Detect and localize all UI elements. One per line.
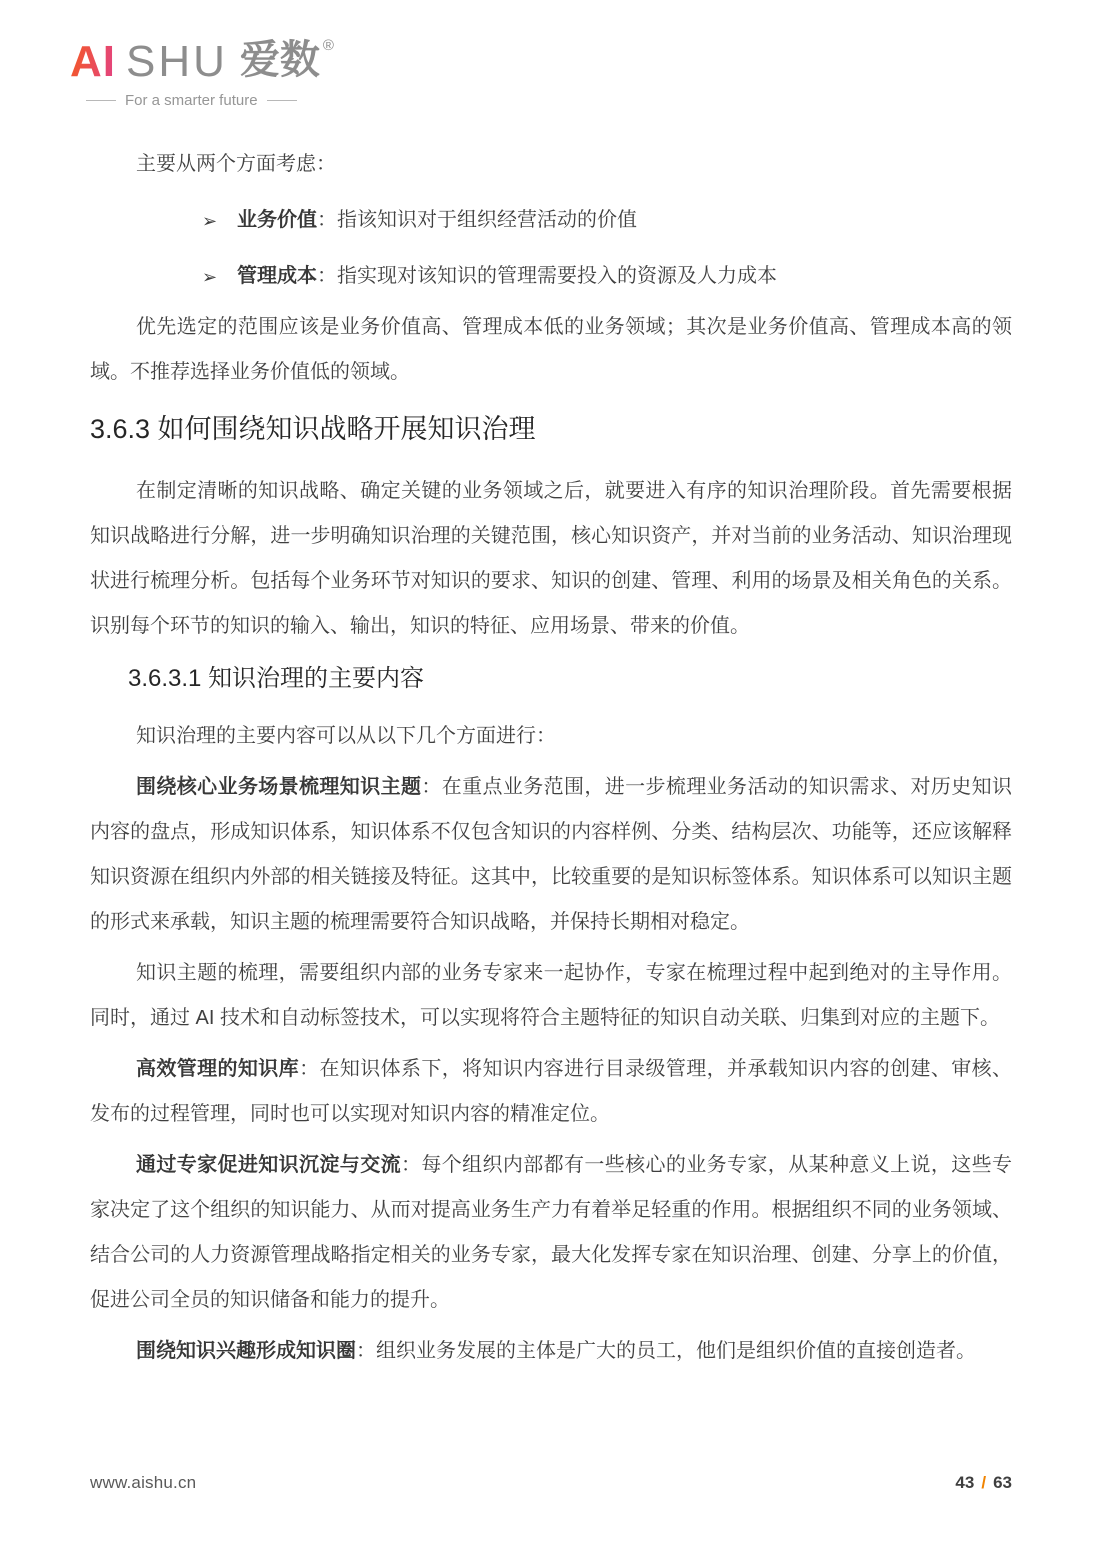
paragraph-text: 主要从两个方面考虑：: [136, 153, 336, 175]
page-number-total: 63: [993, 1473, 1012, 1492]
body-paragraph: 高效管理的知识库：在知识体系下，将知识内容进行目录级管理，并承载知识内容的创建、…: [90, 1047, 1012, 1137]
subsection-heading: 3.6.3.1 知识治理的主要内容: [90, 663, 1012, 695]
page-number: 43/63: [955, 1473, 1012, 1493]
paragraph-text: 知识治理的主要内容可以从以下几个方面进行：: [136, 725, 556, 747]
body-paragraph: 围绕核心业务场景梳理知识主题：在重点业务范围，进一步梳理业务活动的知识需求、对历…: [90, 765, 1012, 945]
body-paragraph: 知识治理的主要内容可以从以下几个方面进行：: [90, 714, 1012, 759]
section-heading: 3.6.3 如何围绕知识战略开展知识治理: [90, 411, 1012, 447]
arrow-bullet-icon: ➢: [202, 255, 217, 300]
bullet-item: ➢管理成本：指实现对该知识的管理需要投入的资源及人力成本: [90, 254, 1012, 299]
paragraph-lead: 围绕知识兴趣形成知识圈: [136, 1340, 356, 1362]
tagline-dash-right: [267, 100, 297, 101]
tagline-text: For a smarter future: [125, 92, 258, 109]
paragraph-lead: 通过专家促进知识沉淀与交流: [136, 1154, 401, 1176]
paragraph-lead: 围绕核心业务场景梳理知识主题: [136, 776, 421, 798]
paragraph-text: 优先选定的范围应该是业务价值高、管理成本低的业务领域；其次是业务价值高、管理成本…: [90, 316, 1012, 383]
document-content: 主要从两个方面考虑：➢业务价值：指该知识对于组织经营活动的价值➢管理成本：指实现…: [90, 136, 1012, 1374]
body-paragraph: 优先选定的范围应该是业务价值高、管理成本低的业务领域；其次是业务价值高、管理成本…: [90, 305, 1012, 395]
page-number-current: 43: [955, 1473, 974, 1492]
logo-tagline: For a smarter future: [86, 92, 334, 109]
body-paragraph: 在制定清晰的知识战略、确定关键的业务领域之后，就要进入有序的知识治理阶段。首先需…: [90, 469, 1012, 649]
body-paragraph: 知识主题的梳理，需要组织内部的业务专家来一起协作，专家在梳理过程中起到绝对的主导…: [90, 951, 1012, 1041]
page-number-separator: /: [981, 1473, 986, 1492]
registered-trademark-icon: ®: [323, 38, 334, 53]
arrow-bullet-icon: ➢: [202, 199, 217, 244]
footer-url: www.aishu.cn: [90, 1473, 196, 1493]
page-footer: www.aishu.cn 43/63: [90, 1473, 1012, 1493]
paragraph-text: ：指实现对该知识的管理需要投入的资源及人力成本: [317, 265, 777, 287]
logo-shu-text: SHU: [126, 40, 228, 84]
paragraph-text: ：在重点业务范围，进一步梳理业务活动的知识需求、对历史知识内容的盘点，形成知识体…: [90, 776, 1012, 933]
paragraph-text: ：组织业务发展的主体是广大的员工，他们是组织价值的直接创造者。: [356, 1340, 976, 1362]
paragraph-lead: 管理成本: [237, 265, 317, 287]
paragraph-lead: 业务价值: [237, 209, 317, 231]
logo-chinese-text: 爱数: [240, 40, 320, 80]
paragraph-text: 知识主题的梳理，需要组织内部的业务专家来一起协作，专家在梳理过程中起到绝对的主导…: [90, 962, 1012, 1029]
bullet-item: ➢业务价值：指该知识对于组织经营活动的价值: [90, 198, 1012, 243]
logo-ai-text: AI: [70, 40, 116, 84]
paragraph-text: 在制定清晰的知识战略、确定关键的业务领域之后，就要进入有序的知识治理阶段。首先需…: [90, 480, 1012, 637]
body-paragraph: 围绕知识兴趣形成知识圈：组织业务发展的主体是广大的员工，他们是组织价值的直接创造…: [90, 1329, 1012, 1374]
tagline-dash-left: [86, 100, 116, 101]
body-paragraph: 主要从两个方面考虑：: [90, 142, 1012, 187]
paragraph-lead: 高效管理的知识库: [136, 1058, 299, 1080]
paragraph-text: ：指该知识对于组织经营活动的价值: [317, 209, 637, 231]
body-paragraph: 通过专家促进知识沉淀与交流：每个组织内部都有一些核心的业务专家，从某种意义上说，…: [90, 1143, 1012, 1323]
paragraph-text: ：每个组织内部都有一些核心的业务专家，从某种意义上说，这些专家决定了这个组织的知…: [90, 1154, 1012, 1311]
document-page: AI SHU 爱数 ® For a smarter future 主要从两个方面…: [0, 0, 1102, 1559]
aishu-logo: AI SHU 爱数 ® For a smarter future: [70, 40, 334, 109]
